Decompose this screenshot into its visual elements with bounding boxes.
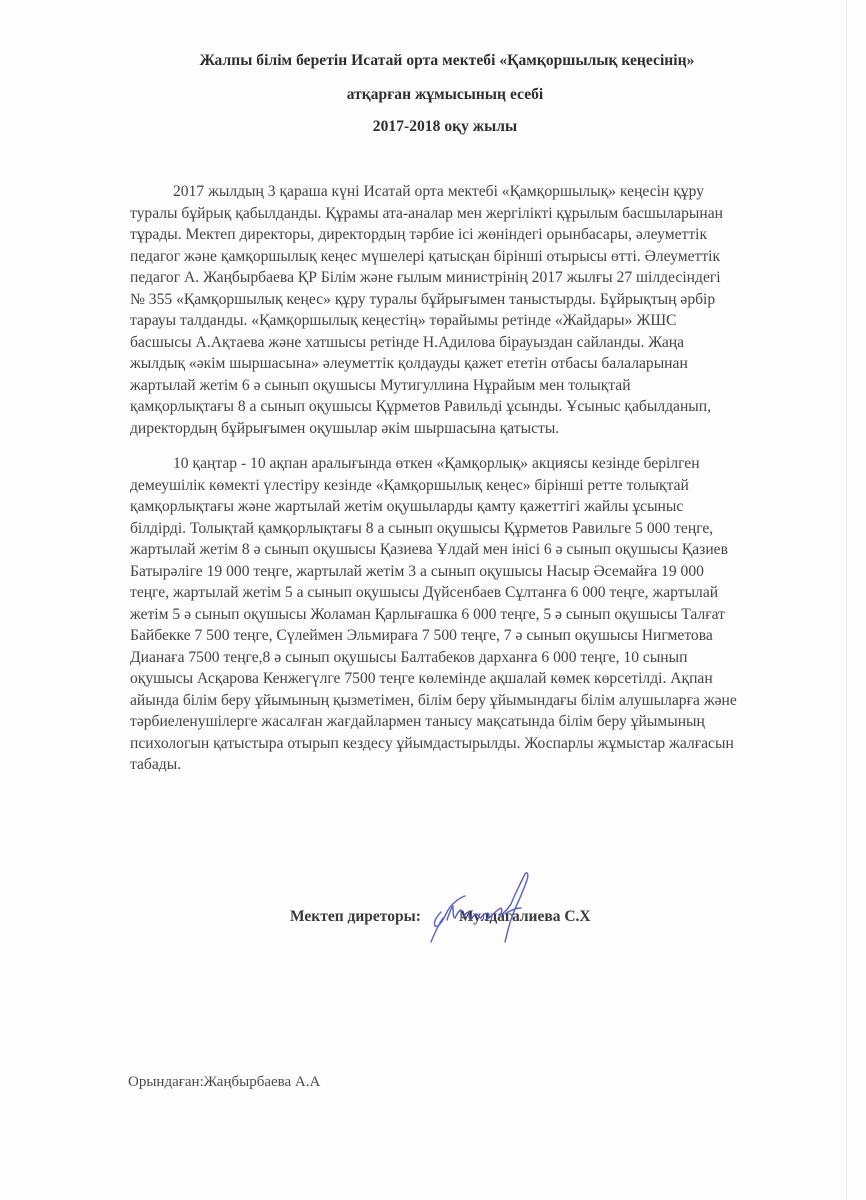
paragraph-line: 2017 жылдың 3 қараша күні Исатай орта ме…	[130, 181, 764, 203]
paragraph-line: туралы бұйрық қабылданды. Құрамы ата-ана…	[130, 203, 764, 225]
paragraph-line: Байбекке 7 500 теңге, Сүлеймен Эльмираға…	[130, 625, 764, 647]
paragraph-line: Батырәліге 19 000 теңге, жартылай жетім …	[130, 561, 764, 583]
paragraph-line: педагог А. Жаңбырбаева ҚР Білім және ғыл…	[130, 267, 764, 289]
paragraph-line: табады.	[130, 754, 764, 776]
paragraph-line: тарауы талданды. «Қамқоршылық кеңестің» …	[130, 310, 764, 332]
paragraph-council-founding: 2017 жылдың 3 қараша күні Исатай орта ме…	[130, 181, 764, 439]
paragraph-line: № 355 «Қамқоршылық кеңес» құру туралы бұ…	[130, 289, 764, 311]
paragraph-line: теңге, жартылай жетім 5 а сынып оқушысы …	[130, 582, 764, 604]
paragraph-line: білдірді. Толықтай қамқорлықтағы 8 а сын…	[130, 518, 764, 540]
document-title-line-2: атқарған жұмысының есебі	[12, 86, 866, 104]
paragraph-line: қамқорлықтағы 8 а сынып оқушысы Құрметов…	[130, 396, 764, 418]
paragraph-line: тұрады. Мектеп директоры, директордың тә…	[130, 224, 764, 246]
scan-edge-line	[846, 0, 847, 1200]
paragraph-line: психологын қатыстыра отырып кездесу ұйым…	[130, 733, 764, 755]
handwritten-signature-icon	[425, 868, 540, 946]
paragraph-line: жартылай жетім 6 ә сынып оқушысы Мутигул…	[130, 375, 764, 397]
paragraph-line: директордың бұйрығымен оқушылар әкім шыр…	[130, 418, 764, 440]
document-page: Жалпы білім беретін Исатай орта мектебі …	[0, 0, 866, 1200]
paragraph-line: қамқорлықтағы және жартылай жетім оқушыл…	[130, 496, 764, 518]
paragraph-line: 10 қаңтар - 10 ақпан аралығында өткен «Қ…	[130, 453, 764, 475]
paragraph-line: басшысы А.Ақтаева және хатшысы ретінде Н…	[130, 332, 764, 354]
paragraph-charity-action: 10 қаңтар - 10 ақпан аралығында өткен «Қ…	[130, 453, 764, 776]
paragraph-line: тәрбиеленушілерге жасалған жағдайлармен …	[130, 711, 764, 733]
paragraph-line: айында білім беру ұйымының қызметімен, б…	[130, 690, 764, 712]
paragraph-line: жетім 5 ә сынып оқушысы Жоламан Қарлығаш…	[130, 604, 764, 626]
paragraph-line: жартылай жетім 8 ә сынып оқушысы Қазиева…	[130, 539, 764, 561]
paragraph-line: оқушысы Асқарова Кенжегүлге 7500 теңге к…	[130, 668, 764, 690]
performer-line: Орындаған:Жаңбырбаева А.А	[128, 1074, 320, 1091]
paragraph-line: демеушілік көмекті үлестіру кезінде «Қам…	[130, 475, 764, 497]
signature-label: Мектеп диреторы:	[290, 908, 421, 926]
paragraph-line: жылдық «әкім шыршасына» әлеуметтік қолда…	[130, 353, 764, 375]
document-title-line-1: Жалпы білім беретін Исатай орта мектебі …	[14, 52, 866, 70]
paragraph-line: педагог және қамқоршылық кеңес мүшелері …	[130, 246, 764, 268]
paragraph-line: Дианаға 7500 теңге,8 ә сынып оқушысы Бал…	[130, 647, 764, 669]
document-title-academic-year: 2017-2018 оқу жылы	[12, 118, 866, 136]
